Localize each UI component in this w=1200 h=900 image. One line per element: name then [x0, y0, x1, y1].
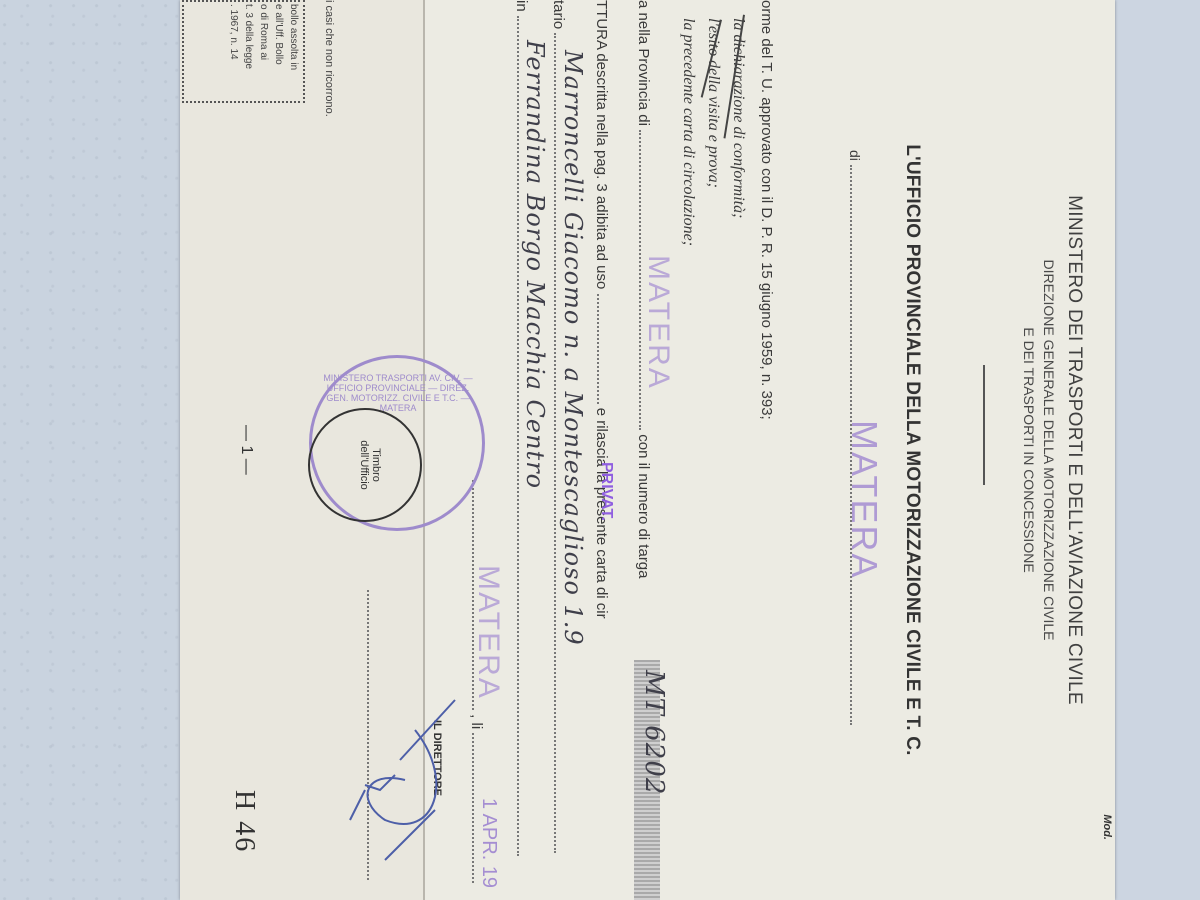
province-stamp: MATERA: [641, 255, 675, 390]
header-divider: [983, 365, 985, 485]
director-signature: [345, 690, 475, 870]
serial-number: H 46: [228, 790, 260, 853]
use-stamp: PRIVAT.: [597, 462, 615, 521]
place-stamp: MATERA: [471, 565, 505, 700]
official-seal: MINISTERO TRASPORTI AV. CIV. — UFFICIO P…: [309, 355, 485, 531]
vehicle-row: TTURA descritta nella pag. 3 adibita ad …: [593, 0, 610, 619]
date-stamp: 1 APR. 19: [477, 798, 500, 888]
footnote: i casi che non ricorrono.: [323, 0, 335, 117]
intro-line: orme del T. U. approvato con il D. P. R.…: [758, 0, 775, 420]
ministry-title: MINISTERO DEI TRASPORTI E DELL'AVIAZIONE…: [1063, 0, 1085, 900]
office-title: L'UFFICIO PROVINCIALE DELLA MOTORIZZAZIO…: [901, 0, 923, 900]
province-label: a nella Provincia di: [635, 0, 652, 126]
form-code: Mod.: [1099, 814, 1117, 840]
stamp-duty-box: bollo assolta in e all'Uff. Bollo o di R…: [182, 0, 305, 103]
vehicle-registration-document: Mod. MINISTERO DEI TRASPORTI E DELL'AVIA…: [180, 0, 1115, 900]
office-stamp-circle: Timbro dell'Ufficio: [308, 408, 422, 522]
directorate-line-1: DIREZIONE GENERALE DELLA MOTORIZZAZIONE …: [1041, 0, 1057, 900]
residence-handwritten: Ferrandina Borgo Macchia Centro: [521, 40, 549, 489]
stamp-label-line-2: dell'Ufficio: [358, 410, 370, 520]
page-number: — 1 —: [237, 425, 255, 475]
di-label: di: [847, 150, 863, 161]
plate-label: con il numero di targa: [635, 434, 652, 578]
bollo-line: e all'Uff. Bollo: [271, 4, 286, 99]
official-seal-text: MINISTERO TRASPORTI AV. CIV. — UFFICIO P…: [323, 373, 473, 413]
office-stamp-label: Timbro dell'Ufficio: [358, 410, 382, 520]
office-city-stamp: MATERA: [843, 420, 885, 579]
bollo-line: t. 3 della legge: [241, 4, 256, 99]
bollo-line: o di Roma ai: [256, 4, 271, 99]
use-field: [597, 294, 599, 404]
bollo-line: . 1967, n. 14: [226, 4, 241, 99]
owner-label: tario: [550, 0, 567, 29]
option-previous-card: la precedente carta di circolazione;: [679, 18, 697, 246]
form-code-label: Mod.: [1101, 814, 1113, 840]
owner-name-handwritten: Marroncelli Giacomo n. a Montescaglioso …: [559, 50, 587, 646]
owner-field: [554, 33, 556, 853]
stamp-label-line-1: Timbro: [370, 410, 382, 520]
residence-label: in: [513, 0, 530, 12]
plate-number: MT 6202: [639, 670, 669, 795]
directorate-line-2: E DEI TRASPORTI IN CONCESSIONE: [1021, 0, 1037, 900]
residence-field: [517, 16, 519, 856]
bollo-line: bollo assolta in: [286, 4, 301, 99]
vehicle-label: TTURA descritta nella pag. 3 adibita ad …: [593, 0, 610, 289]
table-surface: [1115, 0, 1200, 900]
